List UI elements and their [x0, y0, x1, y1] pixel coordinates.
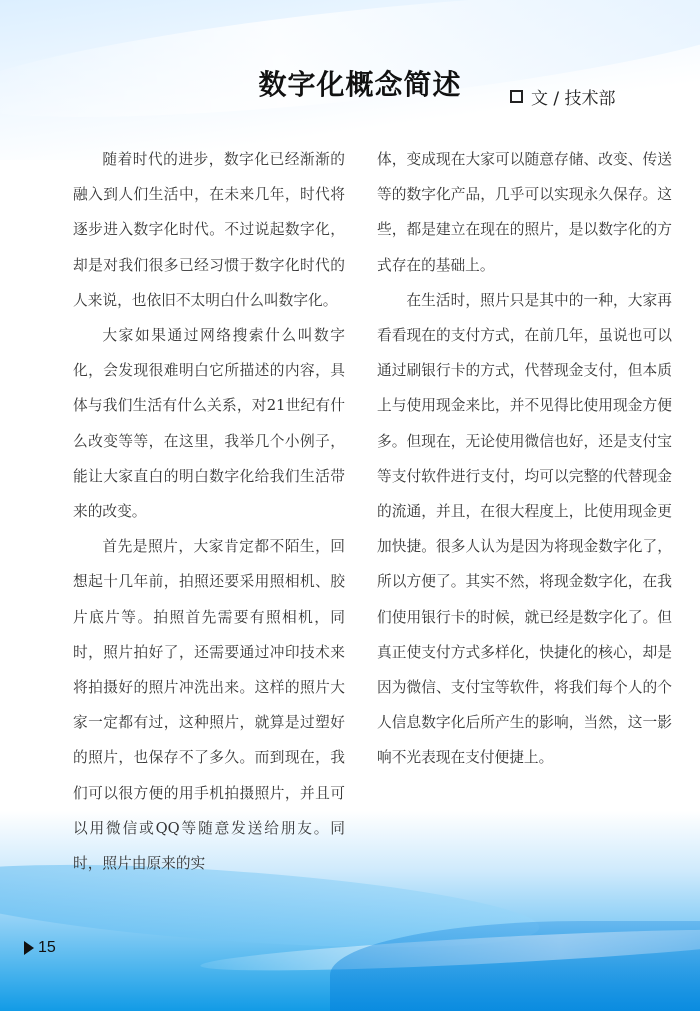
square-icon [510, 90, 523, 103]
byline: 文 / 技术部 [510, 84, 616, 109]
page-number-text: 15 [38, 939, 56, 957]
paragraph: 体，变成现在大家可以随意存储、改变、传送等的数字化产品，几乎可以实现永久保存。这… [377, 142, 672, 283]
paragraph: 在生活时，照片只是其中的一种，大家再看看现在的支付方式，在前几年，虽说也可以通过… [377, 283, 672, 776]
paragraph: 大家如果通过网络搜索什么叫数字化，会发现很难明白它所描述的内容，具体与我们生活有… [73, 318, 345, 529]
article-column-left: 随着时代的进步，数字化已经渐渐的融入到人们生活中，在未来几年，时代将逐步进入数字… [73, 142, 345, 881]
byline-text: 文 / 技术部 [531, 84, 616, 109]
article-column-right: 体，变成现在大家可以随意存储、改变、传送等的数字化产品，几乎可以实现永久保存。这… [377, 142, 672, 776]
page-number: 15 [24, 939, 56, 957]
paragraph: 首先是照片，大家肯定都不陌生，回想起十几年前，拍照还要采用照相机、胶片底片等。拍… [73, 529, 345, 881]
paragraph: 随着时代的进步，数字化已经渐渐的融入到人们生活中，在未来几年，时代将逐步进入数字… [73, 142, 345, 318]
triangle-right-icon [24, 941, 34, 955]
